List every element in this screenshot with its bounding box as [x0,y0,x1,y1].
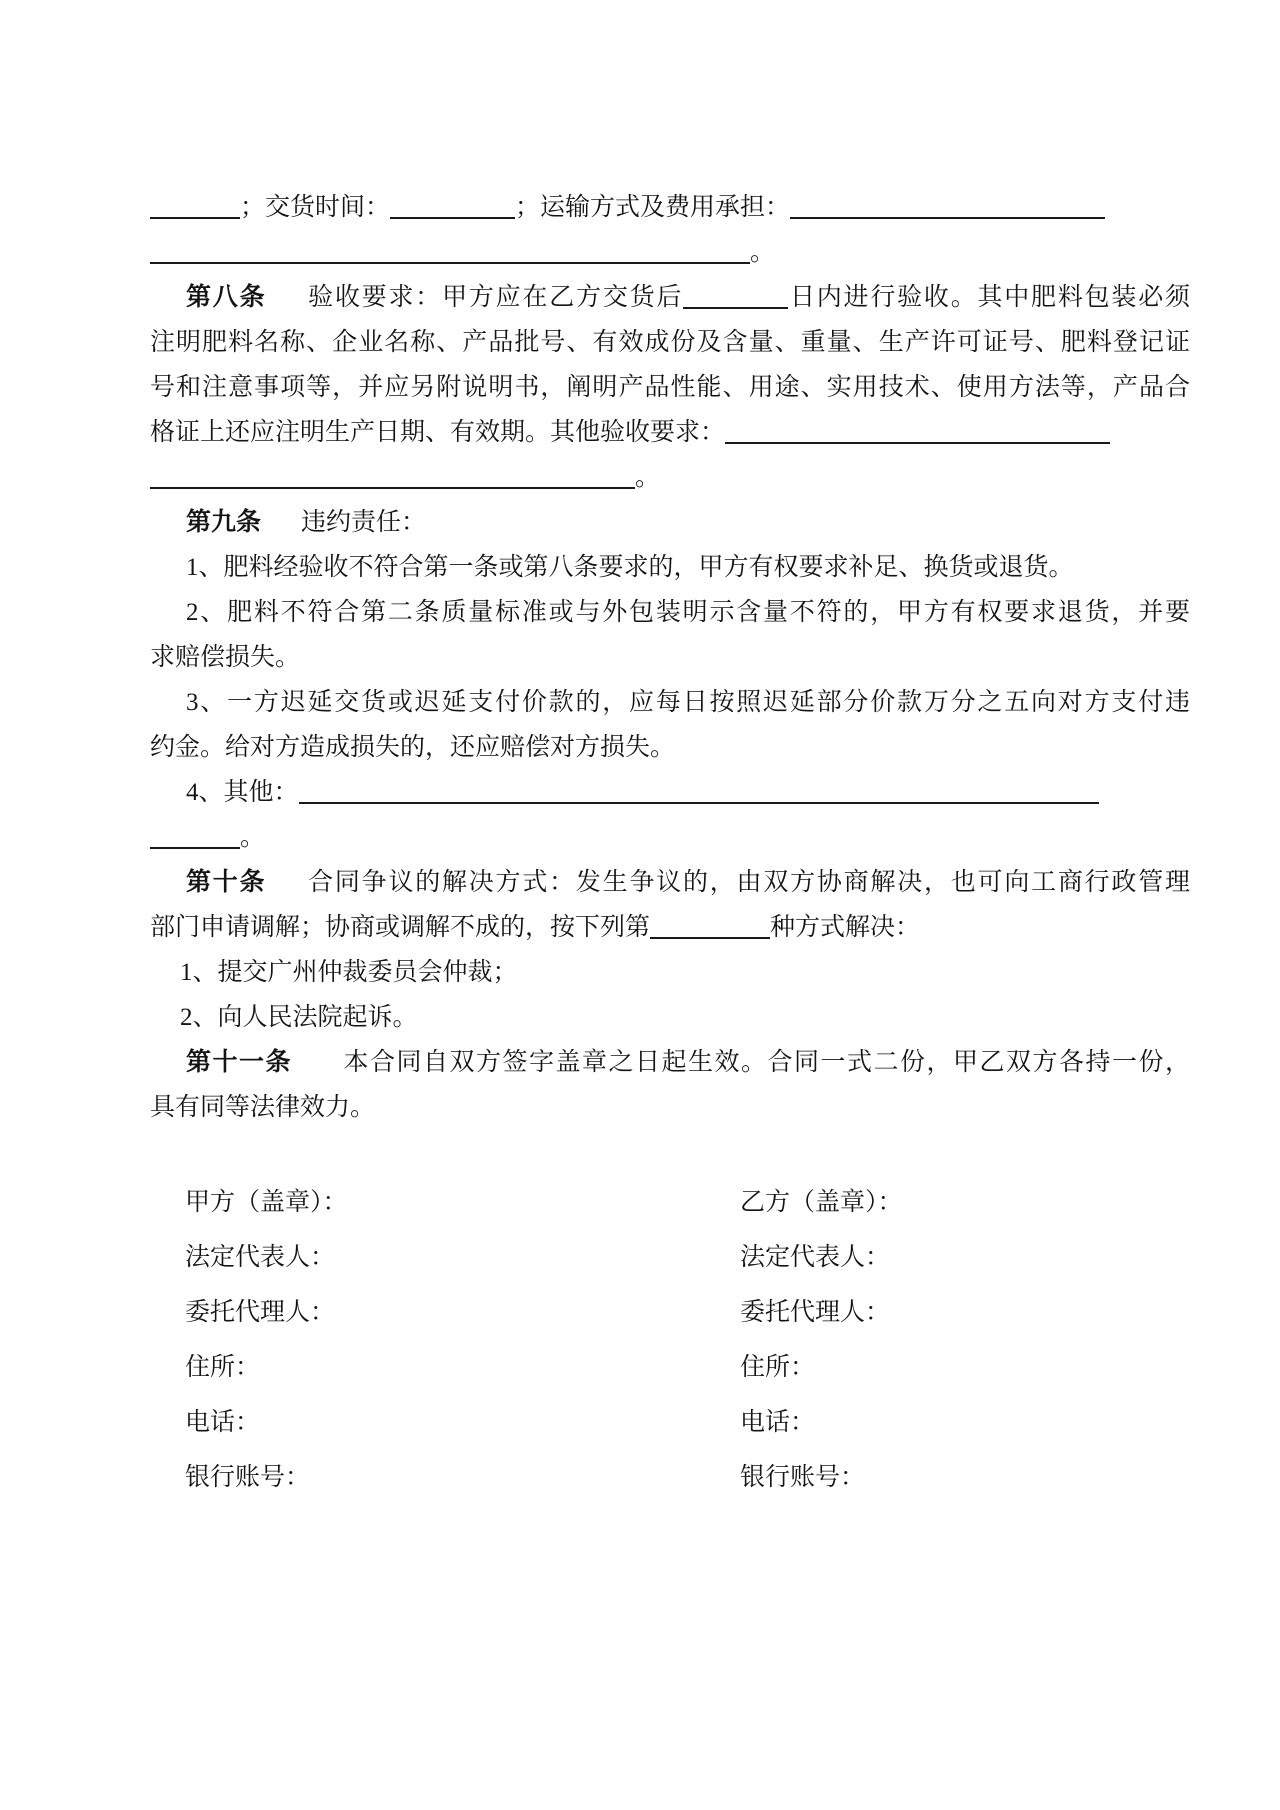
contract-line: ；交货时间：；运输方式及费用承担： [150,185,1190,230]
party-a-label: 甲方（盖章）： [150,1175,348,1230]
text-run: 部门申请调解；协商或调解不成的，按下列第 [150,914,650,941]
party-b-label: 电话： [740,1395,815,1450]
text-run: 3、一方迟延交货或迟延支付价款的，应每日按照迟延部分价款万分之五向对方支付违 [186,689,1190,716]
signature-row: 银行账号：银行账号： [150,1450,1190,1505]
text-run: 号和注意事项等，并应另附说明书，阐明产品性能、用途、实用技术、使用方法等，产品合 [150,374,1190,401]
text-run: 合同争议的解决方式：发生争议的，由双方协商解决，也可向工商行政管理 [306,869,1190,896]
text-run: 。 [635,464,660,491]
spacer [261,529,301,530]
text-run: 4、其他： [186,779,299,806]
text-run: 。 [240,824,265,851]
text-run: 违约责任： [301,509,426,536]
contract-line: 2、向人民法院起诉。 [150,995,1190,1040]
party-a-label: 银行账号： [150,1450,310,1505]
clause-heading: 第八条 [186,284,266,311]
contract-line: 1、提交广州仲裁委员会仲裁； [150,950,1190,995]
contract-line: 格证上还应注明生产日期、有效期。其他验收要求： [150,410,1190,455]
contract-line: 。 [150,455,1190,500]
contract-page: ；交货时间：；运输方式及费用承担：。第八条验收要求：甲方应在乙方交货后日内进行验… [0,0,1280,1810]
party-a-label: 住所： [150,1340,260,1395]
clause-heading: 第十一条 [186,1049,292,1076]
spacer [292,1069,342,1070]
contract-line: 具有同等法律效力。 [150,1085,1190,1130]
contract-line: 1、肥料经验收不符合第一条或第八条要求的，甲方有权要求补足、换货或退货。 [150,545,1190,590]
contract-line: 部门申请调解；协商或调解不成的，按下列第种方式解决： [150,905,1190,950]
text-run: 2、肥料不符合第二条质量标准或与外包装明示含量不符的，甲方有权要求退货，并要 [186,599,1190,626]
party-a-label: 委托代理人： [150,1285,335,1340]
blank-field [150,484,635,489]
text-run: 格证上还应注明生产日期、有效期。其他验收要求： [150,419,725,446]
blank-field [150,844,240,849]
party-a-label: 电话： [150,1395,260,1450]
clause-heading: 第十条 [186,869,266,896]
contract-line: 第九条违约责任： [150,500,1190,545]
contract-line: 。 [150,815,1190,860]
spacer [266,889,306,890]
signature-row: 甲方（盖章）：乙方（盖章）： [150,1175,1190,1230]
contract-line: 求赔偿损失。 [150,635,1190,680]
text-run: 本合同自双方签字盖章之日起生效。合同一式二份，甲乙双方各持一份， [342,1049,1190,1076]
blank-field [150,214,240,219]
text-run: 1、肥料经验收不符合第一条或第八条要求的，甲方有权要求补足、换货或退货。 [186,554,1074,581]
party-b-label: 乙方（盖章）： [740,1175,903,1230]
party-a-label: 法定代表人： [150,1230,335,1285]
signature-block: 甲方（盖章）：乙方（盖章）：法定代表人：法定代表人：委托代理人：委托代理人：住所… [150,1175,1190,1505]
text-run: 约金。给对方造成损失的，还应赔偿对方损失。 [150,734,675,761]
contract-line: 4、其他： [150,770,1190,815]
clause-heading: 第九条 [186,509,261,536]
spacer [266,304,306,305]
blank-field [683,304,788,309]
contract-line: 约金。给对方造成损失的，还应赔偿对方损失。 [150,725,1190,770]
blank-field [390,214,515,219]
contract-line: 号和注意事项等，并应另附说明书，阐明产品性能、用途、实用技术、使用方法等，产品合 [150,365,1190,410]
signature-row: 住所：住所： [150,1340,1190,1395]
text-run: 种方式解决： [770,914,920,941]
text-run: 日内进行验收。其中肥料包装必须 [788,284,1190,311]
contract-line: 3、一方迟延交货或迟延支付价款的，应每日按照迟延部分价款万分之五向对方支付违 [150,680,1190,725]
text-run: 。 [750,239,775,266]
text-run: ；运输方式及费用承担： [515,194,790,221]
text-run: 求赔偿损失。 [150,644,300,671]
party-b-label: 银行账号： [740,1450,865,1505]
party-b-label: 委托代理人： [740,1285,890,1340]
blank-field [790,214,1105,219]
signature-row: 委托代理人：委托代理人： [150,1285,1190,1340]
text-run: ；交货时间： [240,194,390,221]
text-run: 验收要求：甲方应在乙方交货后 [306,284,683,311]
contract-line: 。 [150,230,1190,275]
blank-field [299,799,1099,804]
party-b-label: 住所： [740,1340,815,1395]
blank-field [650,934,770,939]
contract-line: 第十一条本合同自双方签字盖章之日起生效。合同一式二份，甲乙双方各持一份， [150,1040,1190,1085]
blank-field [150,259,750,264]
contract-line: 第十条合同争议的解决方式：发生争议的，由双方协商解决，也可向工商行政管理 [150,860,1190,905]
signature-row: 法定代表人：法定代表人： [150,1230,1190,1285]
contract-body: ；交货时间：；运输方式及费用承担：。第八条验收要求：甲方应在乙方交货后日内进行验… [150,185,1190,1130]
contract-line: 2、肥料不符合第二条质量标准或与外包装明示含量不符的，甲方有权要求退货，并要 [150,590,1190,635]
blank-field [725,439,1110,444]
party-b-label: 法定代表人： [740,1230,890,1285]
contract-line: 第八条验收要求：甲方应在乙方交货后日内进行验收。其中肥料包装必须 [150,275,1190,320]
contract-line: 注明肥料名称、企业名称、产品批号、有效成份及含量、重量、生产许可证号、肥料登记证 [150,320,1190,365]
text-run: 具有同等法律效力。 [150,1094,375,1121]
text-run: 注明肥料名称、企业名称、产品批号、有效成份及含量、重量、生产许可证号、肥料登记证 [150,329,1190,356]
text-run: 1、提交广州仲裁委员会仲裁； [180,959,518,986]
text-run: 2、向人民法院起诉。 [180,1004,418,1031]
signature-row: 电话：电话： [150,1395,1190,1450]
